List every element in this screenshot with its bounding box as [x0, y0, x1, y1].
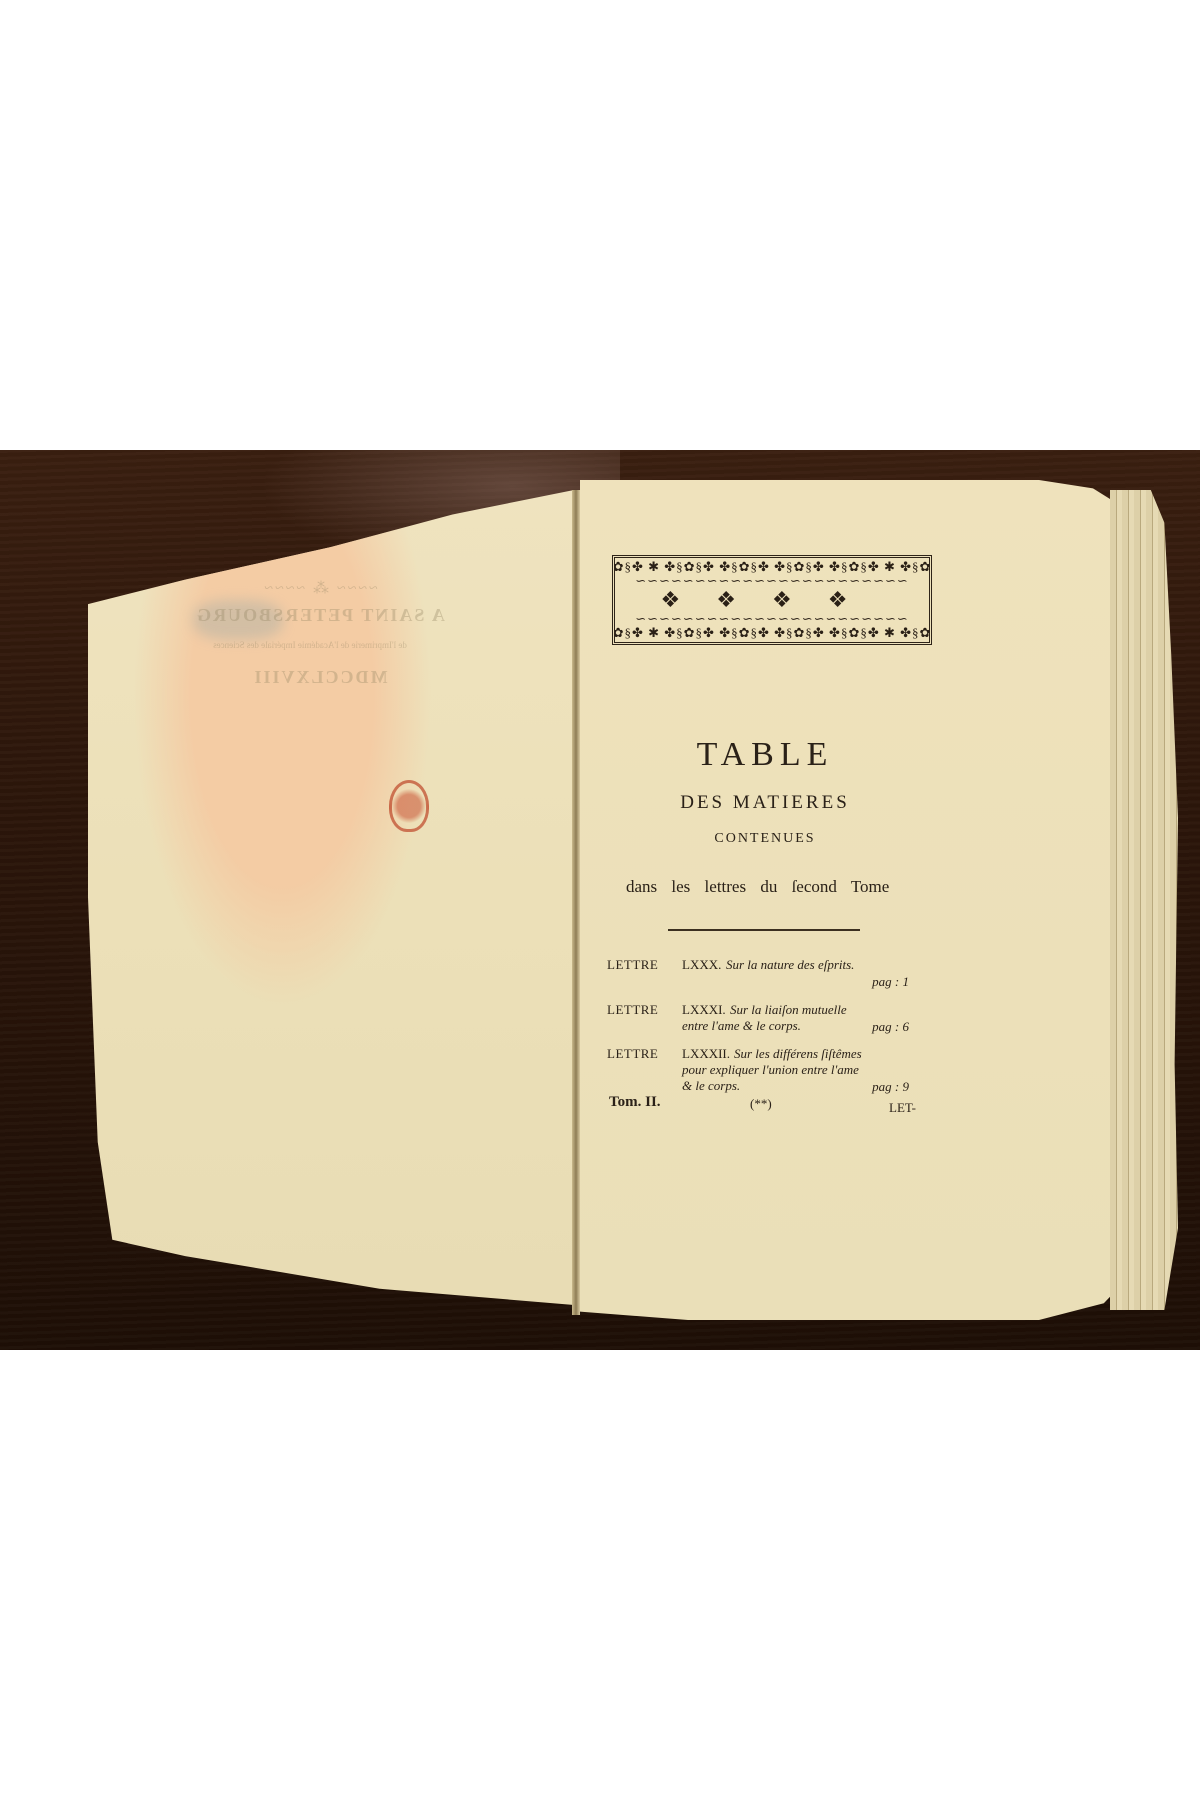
bleed-through-printer: de l'Imprimerie de l'Académie Impériale …: [150, 640, 470, 650]
bleed-through-year: MDCCLXVIII: [200, 667, 440, 688]
page-subheading: CONTENUES: [600, 831, 930, 847]
bleed-through-city: A SAINT PETERSBOURG: [180, 605, 460, 626]
signature-mark: (**): [750, 1096, 772, 1112]
entry-label: LETTRE: [607, 1002, 658, 1018]
toc-entry: LETTRE LXXXII.Sur les différens ſiſtêmes…: [607, 1046, 917, 1098]
entry-description: LXXXI.Sur la liaiſon mutuelle entre l'am…: [682, 1002, 862, 1034]
bleed-through-ornament: ~~~~ ⁂ ~~~~: [190, 578, 450, 598]
catchword: LET-: [889, 1100, 916, 1116]
headpiece-ornament: ✤§✿§✤ ✱ ✤§✿§✤ ✤§✿§✤ ✤§✿§✤ ✤§✿§✤ ✱ ✤§✿§✤ …: [612, 555, 932, 645]
ornament-bottom-row: ✤§✿§✤ ✱ ✤§✿§✤ ✤§✿§✤ ✤§✿§✤ ✤§✿§✤ ✱ ✤§✿§✤: [612, 626, 932, 640]
toc-entry: LETTRE LXXX.Sur la nature des eſprits. p…: [607, 957, 917, 993]
book-gutter: [572, 490, 580, 1315]
toc-entry: LETTRE LXXXI.Sur la liaiſon mutuelle ent…: [607, 1002, 917, 1038]
page-title: TABLE: [600, 736, 930, 774]
ornament-wave-row: ∽∽∽∽∽∽∽∽∽∽∽∽∽∽∽∽∽∽∽∽∽∽∽: [635, 574, 909, 588]
entry-description: LXXX.Sur la nature des eſprits.: [682, 957, 862, 973]
ornament-wave-row-2: ∽∽∽∽∽∽∽∽∽∽∽∽∽∽∽∽∽∽∽∽∽∽∽: [635, 612, 909, 626]
page-edges: [1110, 490, 1178, 1310]
page-subtitle: DES MATIERES: [600, 792, 930, 814]
book-photo: [0, 450, 1200, 1350]
entry-page: pag : 9: [872, 1079, 909, 1095]
entry-description: LXXXII.Sur les différens ſiſtêmes pour e…: [682, 1046, 862, 1094]
entry-page: pag : 1: [872, 974, 909, 990]
entry-number: LXXXI.: [682, 1002, 730, 1018]
volume-marker: Tom. II.: [609, 1094, 661, 1111]
library-stamp-icon: [389, 780, 429, 832]
ornament-middle-row: ❖❖❖❖: [661, 588, 884, 612]
entry-page: pag : 6: [872, 1019, 909, 1035]
entry-number: LXXXII.: [682, 1046, 734, 1062]
entry-number: LXXX.: [682, 957, 726, 973]
entry-label: LETTRE: [607, 957, 658, 973]
ornament-top-row: ✤§✿§✤ ✱ ✤§✿§✤ ✤§✿§✤ ✤§✿§✤ ✤§✿§✤ ✱ ✤§✿§✤: [612, 560, 932, 574]
page-caption: dans les lettres du ſecond Tome: [626, 877, 916, 897]
entry-label: LETTRE: [607, 1046, 658, 1062]
divider-rule: [668, 929, 860, 931]
